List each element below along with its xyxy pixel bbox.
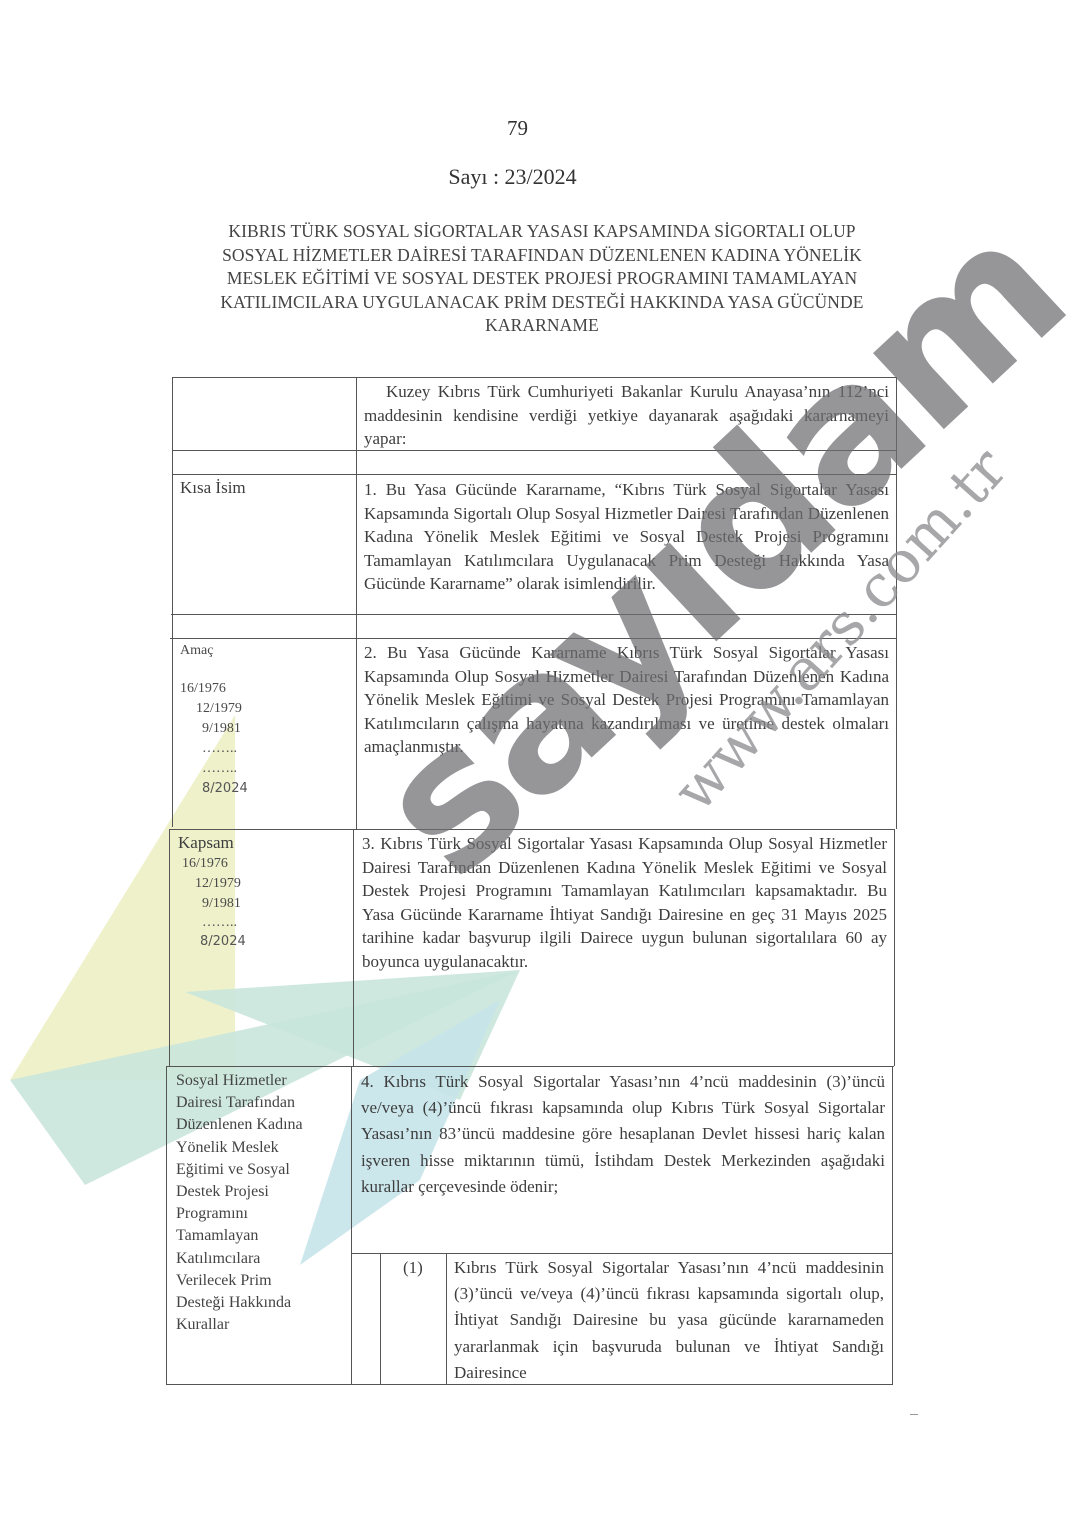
table-border [172, 377, 173, 827]
table-border [172, 474, 897, 475]
side-heading-line: Sosyal Hizmetler [176, 1070, 346, 1092]
law-ref: …….. [178, 914, 348, 932]
table-border [169, 829, 170, 1066]
law-ref: …….. [180, 739, 350, 759]
table-border [169, 829, 895, 830]
page-mark [910, 1414, 918, 1415]
table-border [170, 638, 896, 639]
table-border [892, 1066, 893, 1384]
table-border [894, 829, 895, 1066]
preamble-text: Kuzey Kıbrıs Türk Cumhuriyeti Bakanlar K… [364, 380, 889, 451]
table-border [172, 377, 897, 378]
table-border [351, 1253, 893, 1254]
law-ref: 12/1979 [178, 874, 348, 894]
side-heading-line: Yönelik Meslek [176, 1137, 346, 1159]
law-ref: 16/1976 [180, 679, 350, 699]
issue-number: Sayı : 23/2024 [0, 164, 1025, 190]
section-margin-rules: Sosyal Hizmetler Dairesi Tarafından Düze… [176, 1070, 346, 1336]
section-margin-purpose: Amaç 16/1976 12/1979 9/1981 …….. …….. 8/… [180, 641, 350, 799]
section-1-text: 1. Bu Yasa Gücünde Kararname, “Kıbrıs Tü… [364, 478, 889, 596]
law-ref: 12/1979 [180, 699, 350, 719]
section-4-text: 4. Kıbrıs Türk Sosyal Sigortalar Yasası’… [361, 1069, 885, 1200]
table-border [167, 1066, 894, 1067]
table-border [171, 614, 896, 615]
law-ref: 9/1981 [180, 719, 350, 739]
title-line: KATILIMCILARA UYGULANACAK PRİM DESTEĞİ H… [172, 291, 912, 315]
section-heading-scope: Kapsam [178, 832, 348, 854]
law-ref: 9/1981 [178, 894, 348, 914]
section-2-text: 2. Bu Yasa Gücünde Kararname Kıbrıs Türk… [364, 641, 889, 759]
section-margin-scope: Kapsam 16/1976 12/1979 9/1981 …….. 8/202… [178, 832, 348, 952]
law-ref: 8/2024 [180, 779, 350, 799]
table-border [356, 377, 357, 829]
section-heading-purpose: Amaç [180, 641, 350, 661]
document-title: KIBRIS TÜRK SOSYAL SİGORTALAR YASASI KAP… [172, 220, 912, 338]
side-heading-line: Verilecek Prim [176, 1270, 346, 1292]
side-heading-line: Desteği Hakkında [176, 1292, 346, 1314]
side-heading-line: Kurallar [176, 1314, 346, 1336]
subsection-1-text: Kıbrıs Türk Sosyal Sigortalar Yasası’nın… [454, 1255, 884, 1386]
table-border [166, 1066, 167, 1384]
section-heading-short-title: Kısa İsim [180, 478, 246, 498]
table-border [446, 1253, 447, 1384]
law-ref: …….. [180, 759, 350, 779]
side-heading-line: Tamamlayan [176, 1225, 346, 1247]
side-heading-line: Düzenlenen Kadına [176, 1114, 346, 1136]
side-heading-line: Katılımcılara [176, 1248, 346, 1270]
subsection-number: (1) [403, 1255, 443, 1281]
title-line: KARARNAME [172, 314, 912, 338]
section-3-text: 3. Kıbrıs Türk Sosyal Sigortalar Yasası … [362, 832, 887, 974]
side-heading-line: Dairesi Tarafından [176, 1092, 346, 1114]
side-heading-line: Destek Projesi [176, 1181, 346, 1203]
title-line: MESLEK EĞİTİMİ VE SOSYAL DESTEK PROJESİ … [172, 267, 912, 291]
table-border [353, 829, 354, 1066]
side-heading-line: Programını [176, 1203, 346, 1225]
table-border [351, 1066, 352, 1384]
law-ref: 8/2024 [178, 932, 348, 952]
table-border [380, 1253, 381, 1384]
law-ref: 16/1976 [178, 854, 348, 874]
title-line: SOSYAL HİZMETLER DAİRESİ TARAFINDAN DÜZE… [172, 244, 912, 268]
table-border [896, 377, 897, 829]
page-number: 79 [0, 116, 1035, 141]
side-heading-line: Eğitimi ve Sosyal [176, 1159, 346, 1181]
title-line: KIBRIS TÜRK SOSYAL SİGORTALAR YASASI KAP… [172, 220, 912, 244]
